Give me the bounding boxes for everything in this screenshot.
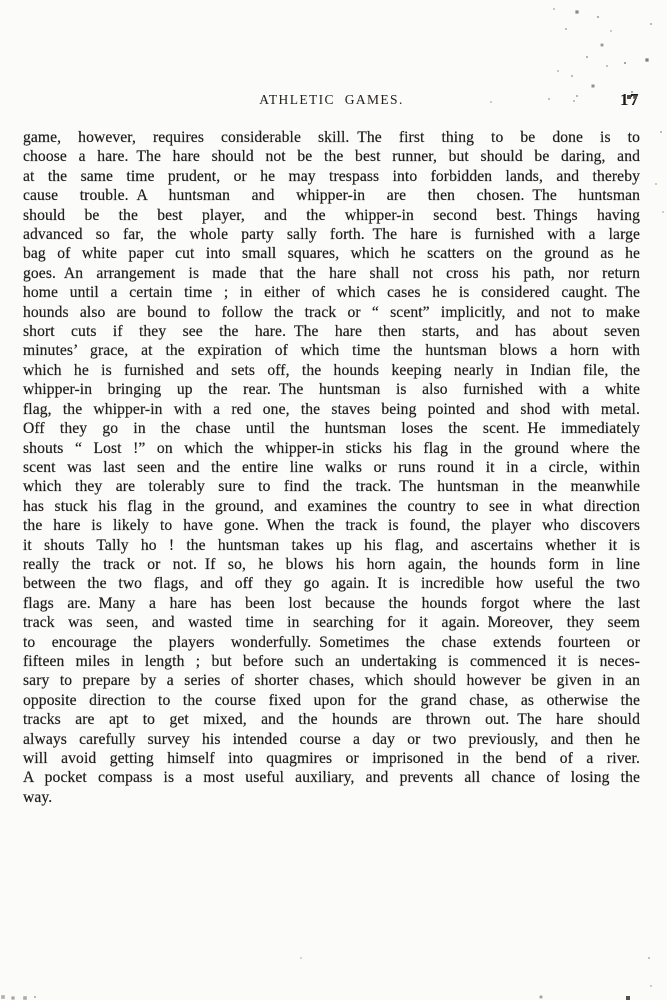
- text-line: whipper-in bringing up the rear. The hun…: [23, 380, 640, 399]
- text-line: minutes’ grace, at the expiration of whi…: [23, 341, 640, 360]
- scan-noise-specks: [0, 0, 2, 2]
- text-line: has stuck his flag in the ground, and ex…: [23, 497, 640, 516]
- text-line: flags are. Many a hare has been lost bec…: [23, 594, 640, 613]
- book-page: ATHLETIC GAMES. 17 game, however, requir…: [0, 0, 667, 1000]
- text-line: it shouts Tally ho ! the huntsman takes …: [23, 536, 640, 555]
- page-number: 17: [620, 90, 640, 110]
- text-line: to encourage the players wonderfully. So…: [23, 633, 640, 652]
- text-line: will avoid getting himself into quagmire…: [23, 749, 640, 768]
- text-line: game, however, requires considerable ski…: [23, 128, 640, 147]
- text-line: hounds also are bound to follow the trac…: [23, 303, 640, 322]
- text-line: fifteen miles in length ; but before suc…: [23, 652, 640, 671]
- text-line: bag of white paper cut into small square…: [23, 244, 640, 263]
- text-line: which he is furnished and sets off, the …: [23, 361, 640, 380]
- text-line: A pocket compass is a most useful auxili…: [23, 768, 640, 787]
- running-title: ATHLETIC GAMES.: [259, 92, 404, 108]
- text-line: track was seen, and wasted time in searc…: [23, 613, 640, 632]
- page-header: ATHLETIC GAMES. 17: [23, 92, 640, 112]
- text-line: short cuts if they see the hare. The har…: [23, 322, 640, 341]
- text-line: at the same time prudent, or he may tres…: [23, 167, 640, 186]
- text-line: advanced so far, the whole party sally f…: [23, 225, 640, 244]
- text-line: the hare is likely to have gone. When th…: [23, 516, 640, 535]
- text-line: between the two flags, and off they go a…: [23, 574, 640, 593]
- text-line: cause trouble. A huntsman and whipper-in…: [23, 186, 640, 205]
- text-line: shouts “ Lost !” on which the whipper-in…: [23, 439, 640, 458]
- text-line: which they are tolerably sure to find th…: [23, 477, 640, 496]
- text-line: scent was last seen and the entire line …: [23, 458, 640, 477]
- text-line: tracks are apt to get mixed, and the hou…: [23, 710, 640, 729]
- text-line: way.: [23, 788, 640, 807]
- text-line: opposite direction to the course fixed u…: [23, 691, 640, 710]
- text-line: choose a hare. The hare should not be th…: [23, 147, 640, 166]
- text-line: flag, the whipper-in with a red one, the…: [23, 400, 640, 419]
- text-line: really the track or not. If so, he blows…: [23, 555, 640, 574]
- text-line: Off they go in the chase until the hunts…: [23, 419, 640, 438]
- text-line: home until a certain time ; in either of…: [23, 283, 640, 302]
- text-line: sary to prepare by a series of shorter c…: [23, 671, 640, 690]
- text-line: goes. An arrangement is made that the ha…: [23, 264, 640, 283]
- body-text: game, however, requires considerable ski…: [23, 128, 640, 807]
- text-line: should be the best player, and the whipp…: [23, 206, 640, 225]
- text-line: always carefully survey his intended cou…: [23, 730, 640, 749]
